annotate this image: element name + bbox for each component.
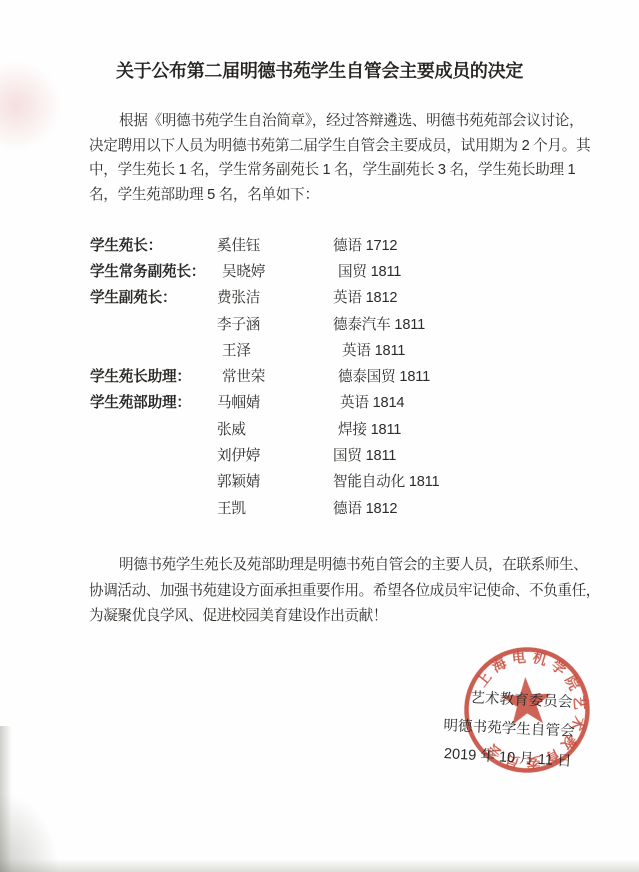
- roster-name: 奚佳钰: [217, 234, 333, 255]
- roster-class: 德语 1812: [333, 497, 397, 518]
- roster-name: 王凯: [217, 497, 333, 518]
- roster-role: 学生副苑长：: [90, 286, 217, 307]
- roster-class: 国贸 1811: [338, 260, 401, 281]
- roster-row: 王凯 德语 1812: [90, 494, 570, 520]
- roster-name: 郭颖婧: [217, 470, 333, 491]
- roster-row: 张威 焊接 1811: [90, 415, 570, 441]
- roster-row: 学生副苑长： 费张洁 英语 1812: [90, 284, 570, 310]
- roster-class: 德泰国贸 1811: [338, 365, 430, 386]
- roster-class: 英语 1814: [333, 391, 404, 412]
- scanned-document-page: 关于公布第二届明德书苑学生自管会主要成员的决定 根据《明德书苑学生自治简章》，经…: [0, 0, 639, 872]
- roster-class: 英语 1811: [338, 339, 405, 360]
- roster-class: 英语 1812: [333, 286, 397, 307]
- roster-row: 学生苑长助理： 常世荣 德泰国贸 1811: [90, 362, 570, 388]
- closing-paragraph: 明德书苑学生苑长及苑部助理是明德书苑自管会的主要人员，在联系师生、 协调活动、加…: [89, 553, 575, 630]
- roster-row: 刘伊婷 国贸 1811: [90, 441, 570, 467]
- roster-class: 智能自动化 1811: [333, 470, 439, 491]
- intro-line-2: 决定聘用以下人员为明德书苑第二届学生自管会主要成员，试用期为 2 个月。其: [89, 134, 569, 159]
- member-roster: 学生苑长： 奚佳钰 德语 1712 学生常务副苑长： 吴晓婷 国贸 1811 学…: [90, 231, 570, 520]
- document-title: 关于公布第二届明德书苑学生自管会主要成员的决定: [0, 57, 639, 83]
- scan-shadow-corner: [0, 792, 60, 872]
- roster-name: 李子涵: [217, 313, 333, 334]
- intro-line-3: 中，学生苑长 1 名，学生常务副苑长 1 名，学生副苑长 3 名，学生苑长助理 …: [89, 158, 569, 183]
- intro-line-4: 名，学生苑部助理 5 名，名单如下：: [89, 183, 569, 208]
- closing-line-3: 为凝聚优良学风、促进校园美育建设作出贡献！: [89, 604, 575, 630]
- roster-row: 郭颖婧 智能自动化 1811: [90, 468, 570, 494]
- roster-role: 学生常务副苑长：: [90, 260, 217, 281]
- closing-line-2: 协调活动、加强书苑建设方面承担重要作用。希望各位成员牢记使命、不负重任，: [89, 579, 575, 605]
- roster-row: 王泽 英语 1811: [90, 336, 570, 362]
- roster-row: 学生苑长： 奚佳钰 德语 1712: [90, 231, 570, 257]
- closing-line-1: 明德书苑学生苑长及苑部助理是明德书苑自管会的主要人员，在联系师生、: [89, 553, 575, 579]
- roster-name: 刘伊婷: [217, 444, 333, 465]
- roster-name: 常世荣: [217, 365, 338, 386]
- roster-row: 李子涵 德泰汽车 1811: [90, 310, 570, 336]
- roster-row: 学生常务副苑长： 吴晓婷 国贸 1811: [90, 257, 570, 283]
- roster-class: 焊接 1811: [333, 418, 401, 439]
- roster-role: 学生苑部助理：: [90, 391, 217, 412]
- intro-line-1: 根据《明德书苑学生自治简章》，经过答辩遴选、明德书苑苑部会议讨论，: [89, 109, 569, 134]
- roster-class: 德语 1712: [333, 234, 397, 255]
- roster-role: 学生苑长：: [90, 234, 217, 255]
- roster-name: 王泽: [217, 339, 338, 360]
- signature-block: 艺术教育委员会 明德书苑学生自管会 2019 年 10 月 11 日: [428, 682, 590, 775]
- roster-class: 德泰汽车 1811: [333, 313, 425, 334]
- scan-shadow-bottom: [0, 859, 639, 872]
- intro-paragraph: 根据《明德书苑学生自治简章》，经过答辩遴选、明德书苑苑部会议讨论， 决定聘用以下…: [89, 109, 569, 207]
- roster-name: 马帼婧: [217, 391, 333, 412]
- roster-name: 张威: [217, 418, 333, 439]
- roster-name: 费张洁: [217, 286, 333, 307]
- roster-class: 国贸 1811: [333, 444, 396, 465]
- roster-name: 吴晓婷: [217, 260, 338, 281]
- roster-row: 学生苑部助理： 马帼婧 英语 1814: [90, 389, 570, 415]
- roster-role: 学生苑长助理：: [90, 365, 217, 386]
